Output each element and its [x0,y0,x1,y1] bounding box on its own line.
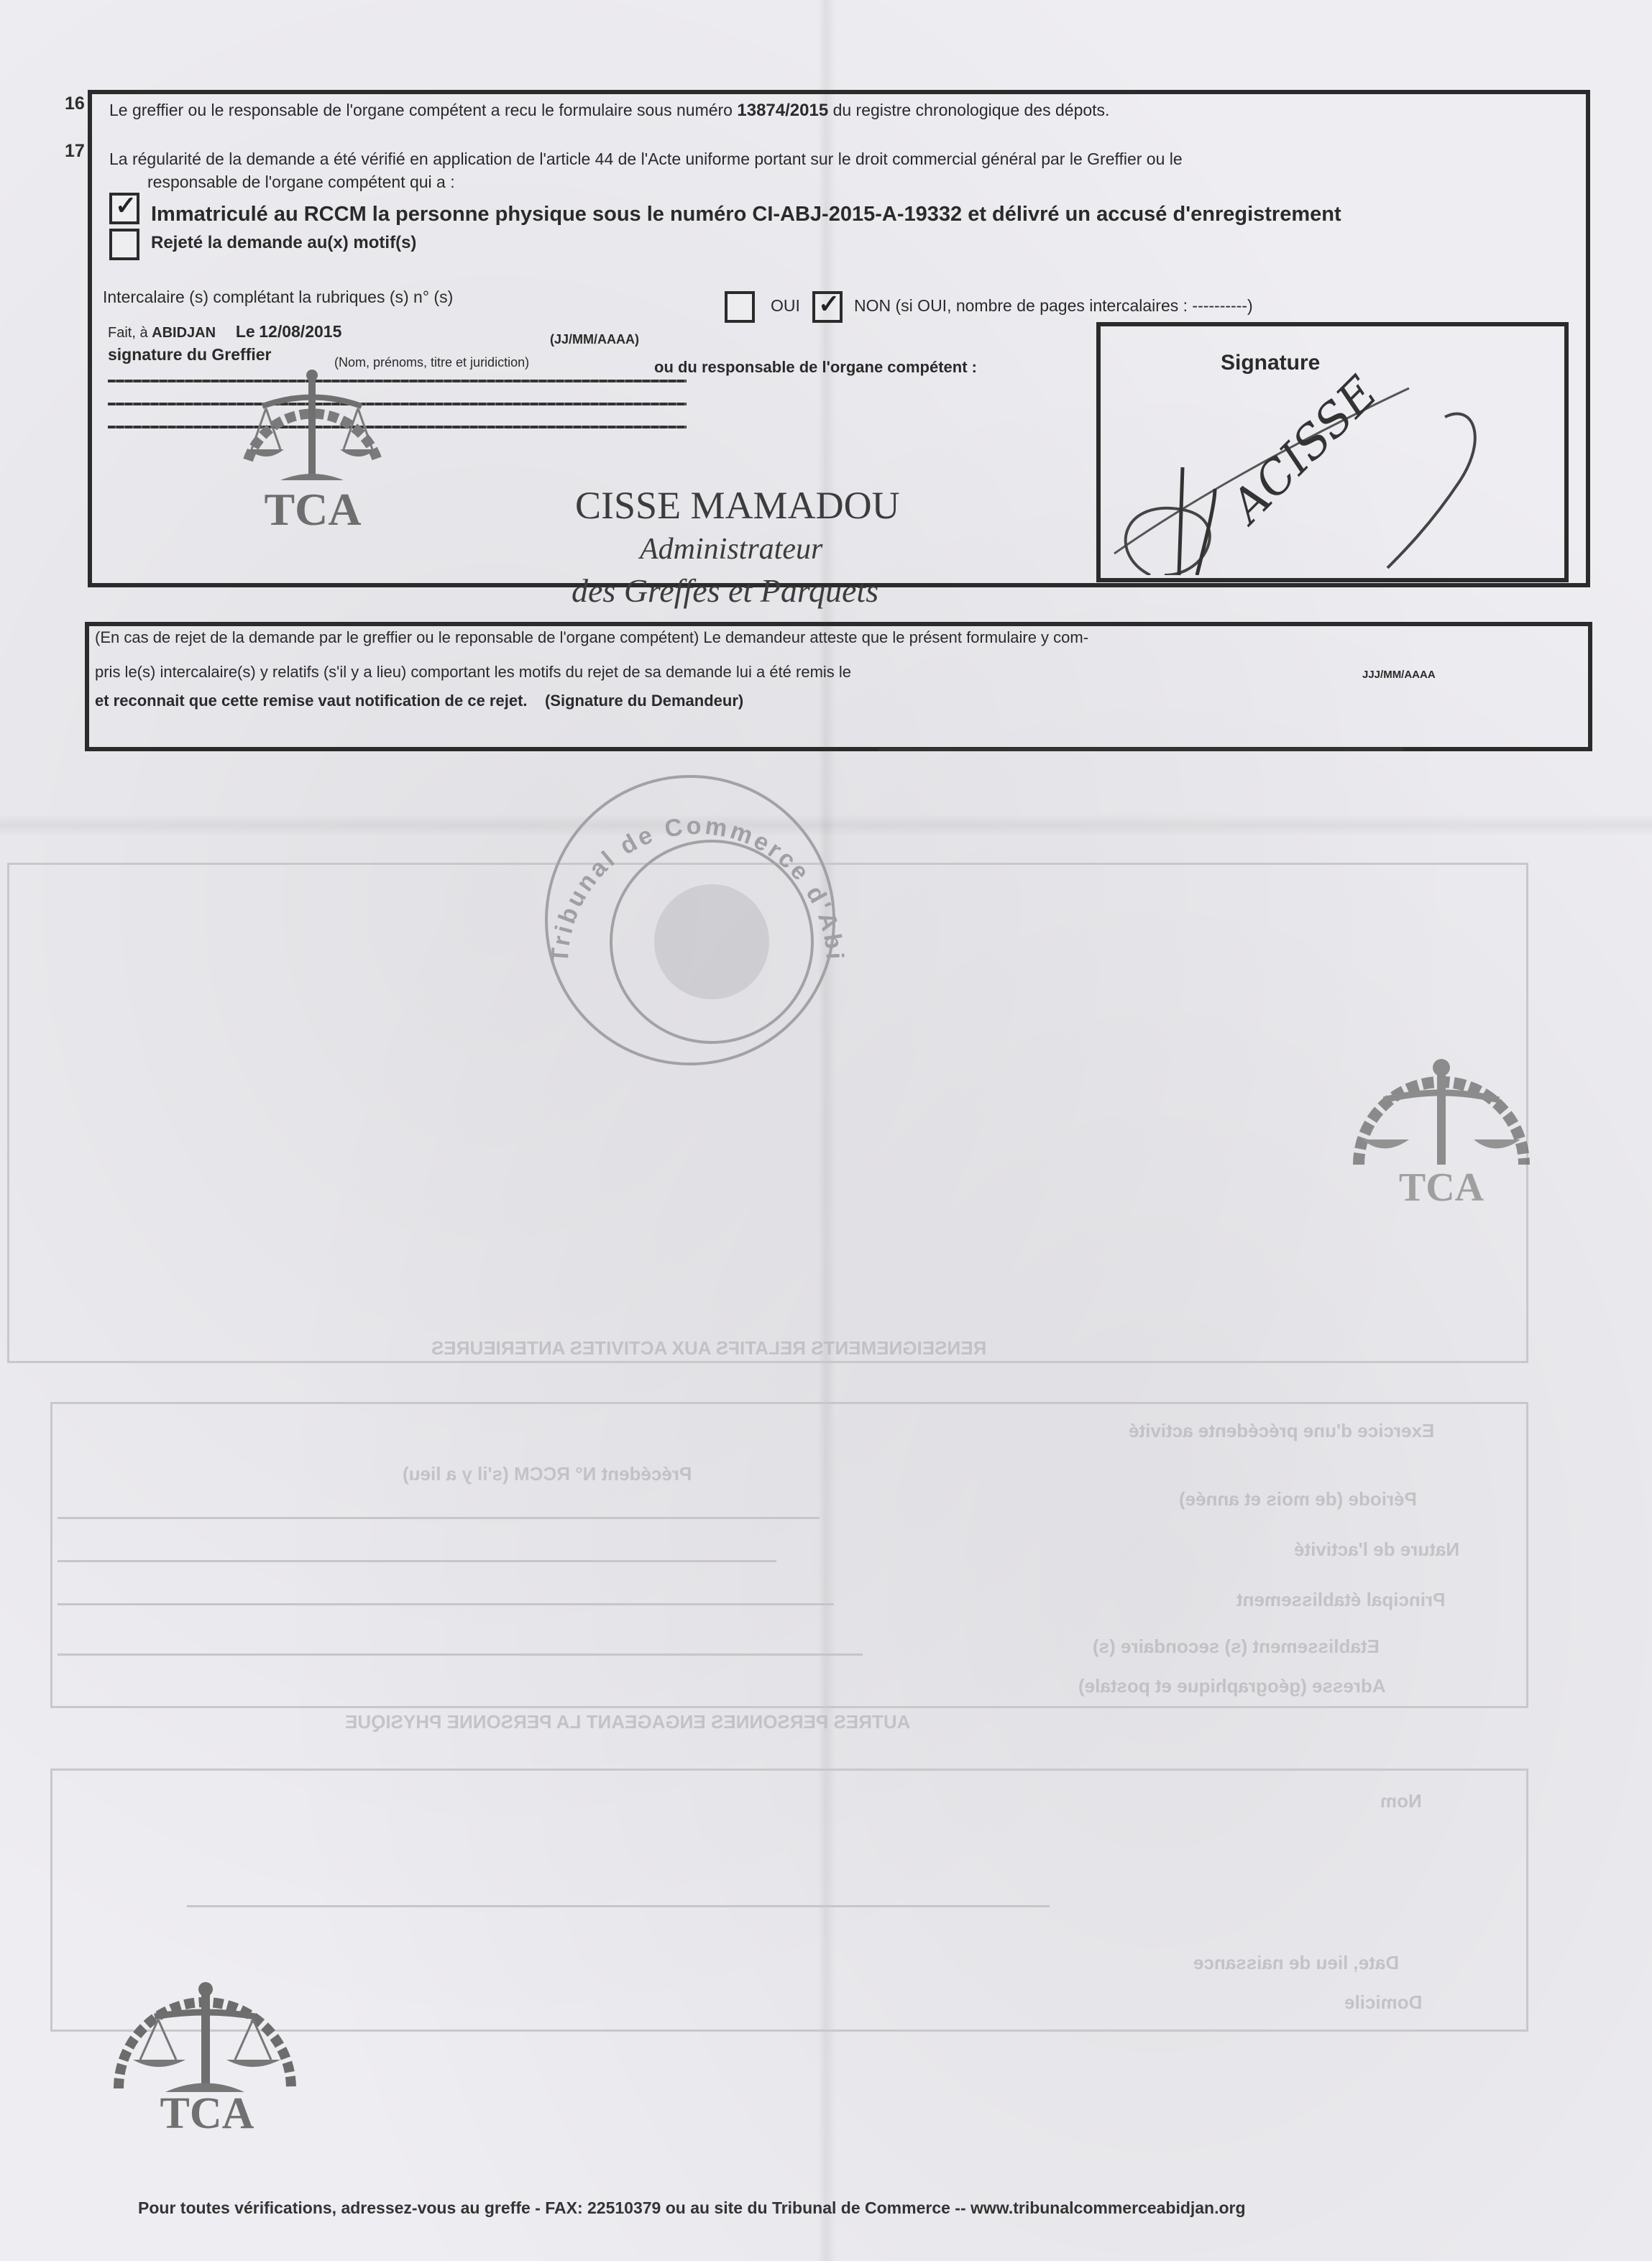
oui-label: OUI [771,296,800,316]
item17-line2: responsable de l'organe compétent qui a … [147,173,455,192]
item-number-17: 17 [65,141,85,162]
check-icon: ✓ [115,193,137,219]
city-value: ABIDJAN [152,325,216,341]
footer-verification-note: Pour toutes vérifications, adressez-vous… [138,2198,1246,2218]
registered-checkbox[interactable]: ✓ [109,193,139,224]
intercalaire-non-text: NON (si OUI, nombre de pages intercalair… [854,296,1253,316]
intercalaire-non-checkbox[interactable]: ✓ [812,291,843,323]
responsable-label: ou du responsable de l'organe compétent … [654,358,977,377]
svg-text:TCA: TCA [264,484,361,535]
rejection-line1: (En cas de rejet de la demande par le gr… [95,628,1088,647]
ghost-text: Domicile [1344,1991,1422,2014]
intercalaire-oui-checkbox[interactable] [725,291,755,323]
stamp-name: CISSE MAMADOU [575,483,900,528]
rejection-line3: et reconnait que cette remise vaut notif… [95,692,743,710]
ghost-text: Exercice d'une précédente activité [1129,1420,1434,1442]
rejection-line2: pris le(s) intercalaire(s) y relatifs (s… [95,663,851,682]
applicant-signature-line[interactable] [878,748,1403,751]
rccm-number: CI-ABJ-2015-A-19332 [752,203,962,226]
ghost-line [58,1603,834,1605]
greffier-signature-line[interactable] [108,403,687,405]
ghost-text: Précédent N° RCCM (s'il y a lieu) [403,1463,692,1485]
ghost-line [58,1654,863,1656]
ghost-line [58,1560,776,1562]
ghost-text: Période (de mois et année) [1179,1488,1417,1510]
rejection-date-format: JJJ/MM/AAAA [1362,669,1436,681]
ghost-text: AUTRES PERSONNES ENGAGEANT LA PERSONNE P… [345,1711,910,1733]
tca-scales-logo: TCA [234,338,392,539]
tca-scales-logo-bottom: TCA [101,1966,309,2139]
ghost-text: Nom [1380,1790,1422,1812]
check-icon: ✓ [818,291,840,317]
stamp-title-line2: des Greffes et Parquets [572,572,878,610]
registered-option-text: Immatriculé au RCCM la personne physique… [151,203,1341,226]
ghost-text: RENSEIGNEMENTS RELATIFS AUX ACTIVITES AN… [431,1337,986,1359]
ghost-line [58,1517,820,1519]
item16-text: Le greffier ou le responsable de l'organ… [109,101,1109,121]
rejected-checkbox[interactable] [109,229,139,260]
greffier-signature-line[interactable] [108,426,687,428]
tca-scales-logo-right: TCA [1341,1028,1542,1208]
svg-text:ACISSE: ACISSE [1219,367,1387,536]
registry-number: 13874/2015 [737,101,828,120]
item-number-16: 16 [65,93,85,114]
ghost-text: Nature de l'activité [1294,1538,1459,1561]
round-court-stamp: Tribunal de Commerce d'Abidjan [525,748,870,1093]
intercalaire-label: Intercalaire (s) complétant la rubriques… [103,288,453,307]
stamp-title-line1: Administrateur [640,532,822,567]
rejected-option-text: Rejeté la demande au(x) motif(s) [151,233,416,253]
ghost-text: Principal établissement [1236,1589,1445,1611]
greffier-signature-line[interactable] [108,380,687,382]
handwritten-signature: ACISSE [1100,359,1560,575]
ghost-text: Date, lieu de naissance [1193,1952,1399,1974]
item17-line1: La régularité de la demande a été vérifi… [109,150,1183,169]
ghost-text: Adresse (géographique et postale) [1078,1675,1386,1697]
ghost-text: Etablissement (s) secondaire (s) [1093,1636,1380,1658]
date-format-hint: (JJ/MM/AAAA) [550,332,639,347]
svg-text:TCA: TCA [1399,1165,1484,1208]
svg-text:TCA: TCA [160,2089,254,2138]
ghost-line [187,1905,1050,1907]
